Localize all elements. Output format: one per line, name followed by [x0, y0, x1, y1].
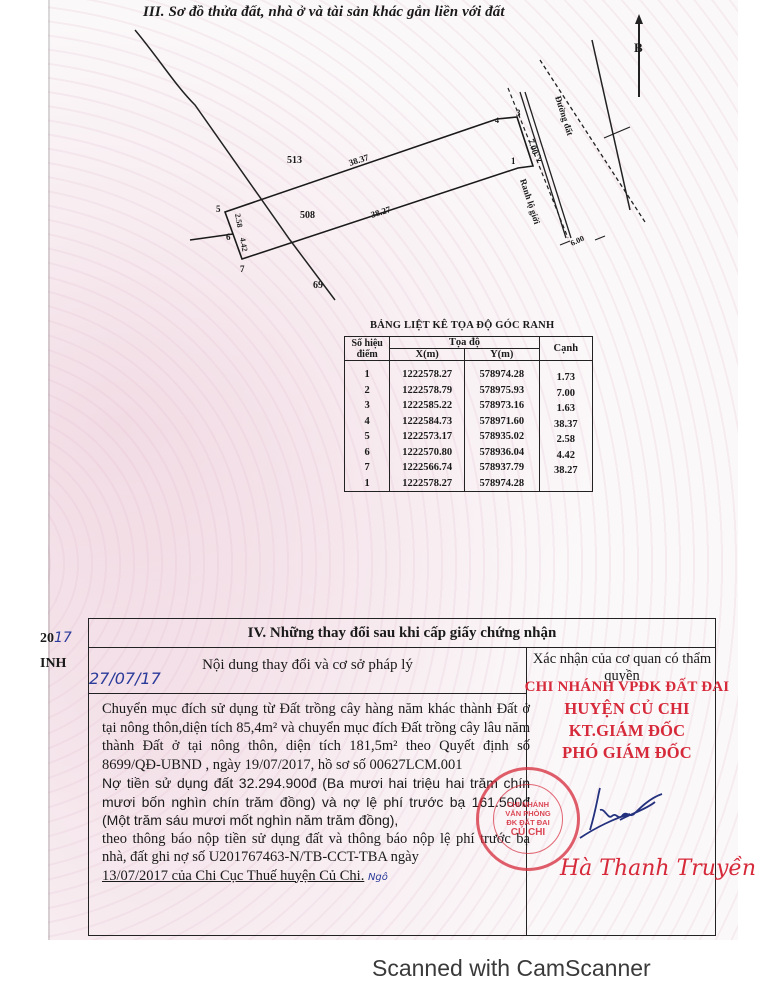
svg-text:6.00: 6.00 [569, 234, 585, 248]
change-content: Chuyển mục đích sử dụng từ Đất trồng cây… [102, 700, 530, 887]
point-label: 4 [495, 116, 499, 125]
office-stamp: CHI NHÁNH VPĐK ĐẤT ĐAI HUYỆN CỦ CHI KT.G… [512, 676, 742, 764]
header-x: X(m) [390, 349, 465, 361]
notice-paragraph: theo thông báo nộp tiền sử dụng đất và t… [102, 830, 530, 867]
coordinate-table: Số hiệu điểm Tọa độ Cạnh X(m) Y(m) 11222… [344, 336, 593, 492]
point-label: 6 [226, 232, 231, 242]
road-label: Đường đất [553, 95, 575, 137]
header-coords: Tọa độ [390, 337, 539, 349]
margin-label: INH [40, 656, 66, 672]
handwritten-date: 27/07/17 [89, 669, 161, 688]
point-label: 2 [537, 153, 542, 163]
camscanner-watermark: Scanned with CamScanner [372, 955, 651, 982]
change-paragraph-1: Chuyển mục đích sử dụng từ Đất trồng cây… [102, 700, 530, 774]
svg-text:2.58: 2.58 [233, 213, 244, 228]
debt-paragraph: Nợ tiền sử dụng đất 32.294.900đ (Ba mươi… [102, 774, 530, 830]
signer-name: Hà Thanh Truyền [560, 856, 756, 881]
north-arrow-icon: B [634, 14, 643, 97]
north-label: B [634, 40, 643, 55]
svg-text:38.27: 38.27 [370, 204, 393, 220]
header-edge: Cạnh [539, 337, 592, 361]
section4-title: IV. Những thay đổi sau khi cấp giấy chứn… [89, 619, 715, 648]
parcel-508-outline [225, 117, 533, 259]
boundary-label: Ranh lộ giới [518, 178, 542, 226]
point-label: 5 [216, 204, 221, 214]
road-dashed-right [540, 60, 645, 222]
road-edge [592, 40, 630, 210]
neighbor-boundary-line [135, 30, 335, 300]
parcel-69-label: 69 [313, 280, 323, 291]
parcel-map: B 513 508 69 38.37 38.27 7.00 2.58 4.42 … [0, 0, 772, 320]
parcel-513-label: 513 [287, 155, 302, 166]
initials: Ngô [368, 872, 388, 883]
tax-office-line: 13/07/2017 của Chi Cục Thuế huyện Củ Chi… [102, 868, 364, 884]
coord-table-title: BẢNG LIỆT KÊ TỌA ĐỘ GÓC RANH [370, 320, 554, 331]
parcel-508-label: 508 [300, 210, 315, 221]
table-row: 11222578.27578974.281.737.001.6338.372.5… [345, 361, 593, 383]
point-label: 3 [516, 108, 521, 118]
point-label: 1 [511, 156, 516, 166]
margin-year: 2017 [40, 630, 72, 647]
svg-text:4.42: 4.42 [238, 237, 249, 252]
header-point: Số hiệu điểm [345, 337, 390, 361]
point-label: 7 [240, 264, 245, 274]
header-y: Y(m) [464, 349, 539, 361]
edge-lengths: 1.737.001.6338.372.584.4238.27 [539, 361, 592, 492]
signature-icon [560, 780, 670, 850]
